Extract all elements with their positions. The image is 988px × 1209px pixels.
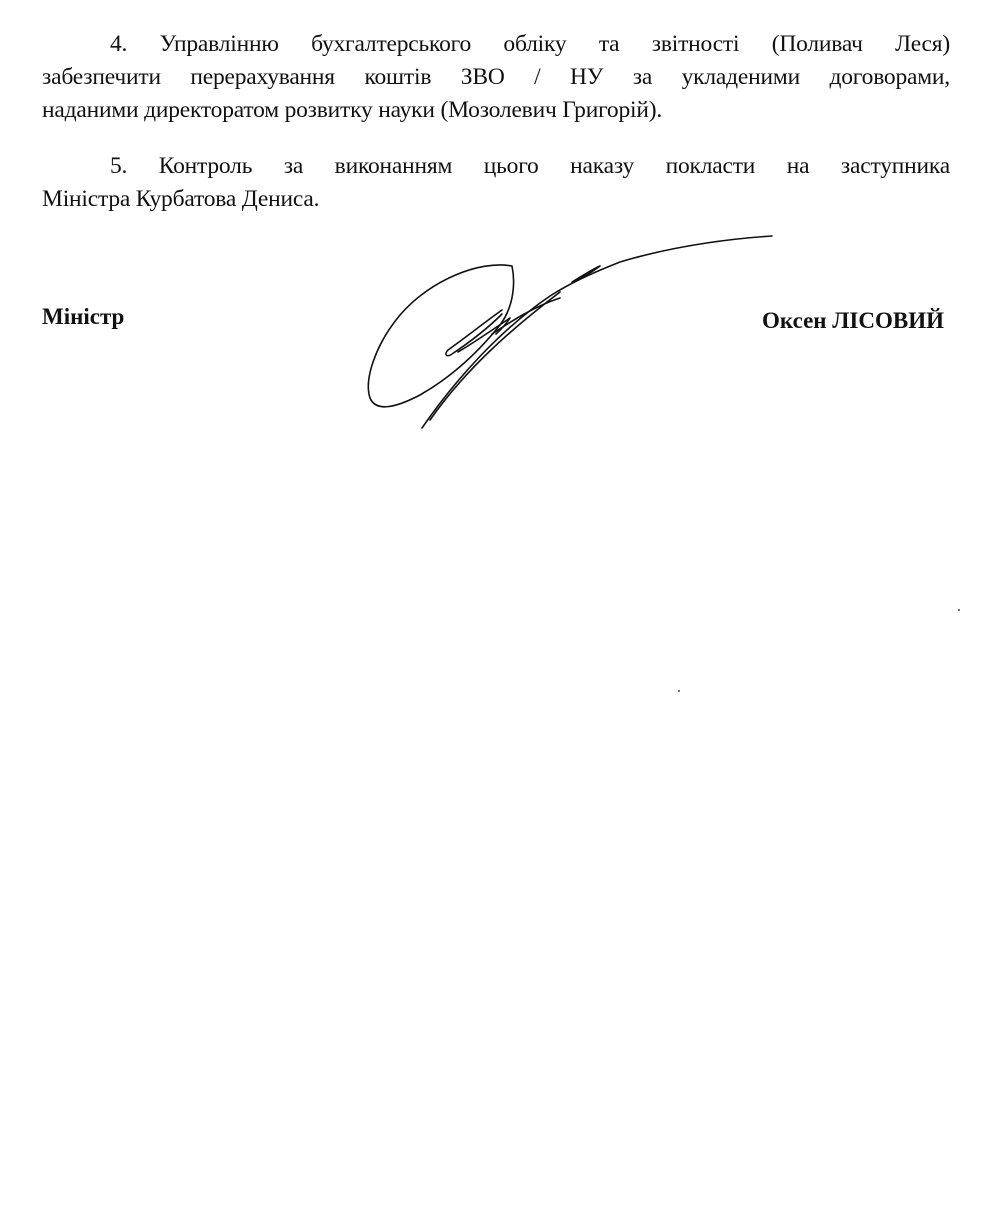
paragraph-5: 5. Контроль за виконанням цього наказу п… <box>42 150 950 216</box>
scan-speck <box>958 609 960 611</box>
document-page: 4. Управлінню бухгалтерського обліку та … <box>0 0 988 1209</box>
paragraph-line: наданими директоратом розвитку науки (Мо… <box>42 94 950 127</box>
scan-speck <box>678 690 680 692</box>
paragraph-line: забезпечити перерахування коштів ЗВО / Н… <box>42 61 950 94</box>
paragraph-4: 4. Управлінню бухгалтерського обліку та … <box>42 28 950 127</box>
paragraph-line: Міністра Курбатова Дениса. <box>42 183 950 216</box>
handwritten-signature <box>360 230 780 440</box>
signatory-name: Оксен ЛІСОВИЙ <box>762 308 944 334</box>
signatory-role: Міністр <box>42 304 124 330</box>
paragraph-line: 5. Контроль за виконанням цього наказу п… <box>42 150 950 183</box>
paragraph-line: 4. Управлінню бухгалтерського обліку та … <box>42 28 950 61</box>
